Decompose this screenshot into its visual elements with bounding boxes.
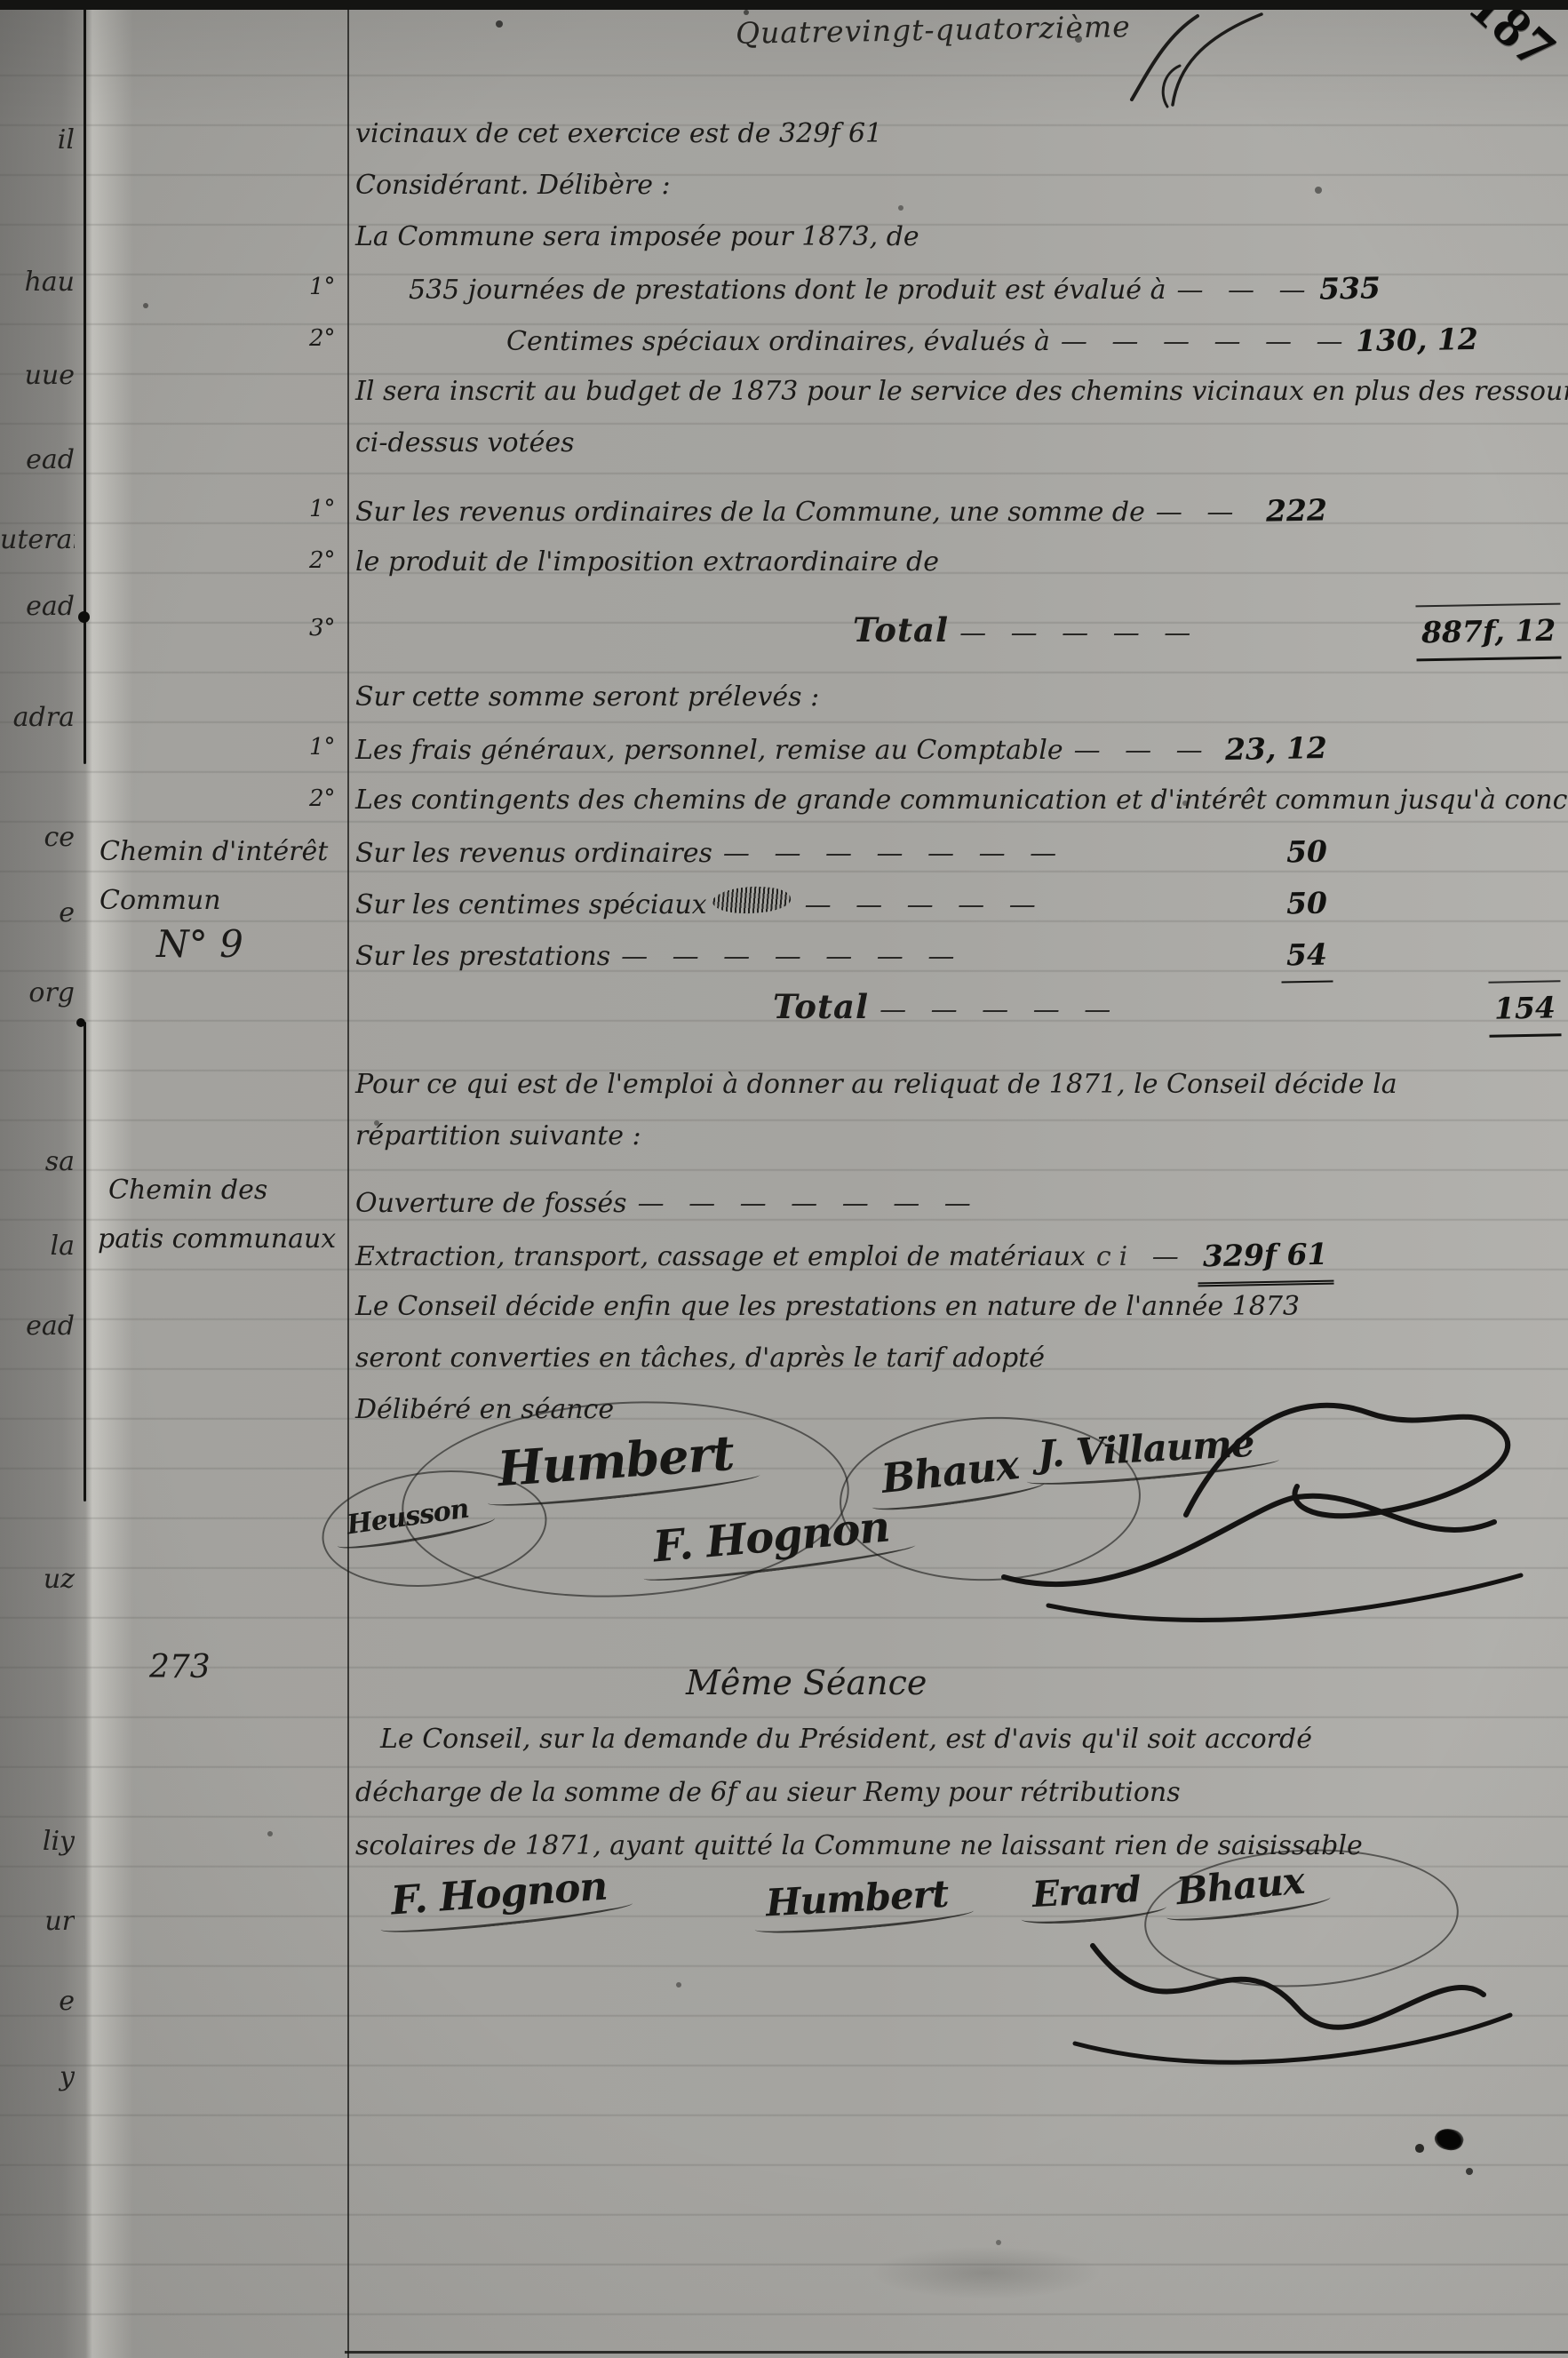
- manuscript-page: 187 Quatrevingt-quatorzième ilhauuueeadu…: [0, 0, 1568, 2358]
- dash-leader: — — — — — —: [1050, 316, 1350, 368]
- line-text: 535 journées de prestations dont le prod…: [409, 265, 1166, 316]
- manuscript-line: Il sera inscrit au budget de 1873 pour l…: [355, 366, 1561, 418]
- manuscript-line: Ouverture de fossés— — — — — — —: [355, 1178, 1333, 1230]
- page-edge-text-fragment: adra: [0, 702, 75, 733]
- manuscript-line: 1°Les frais généraux, personnel, remise …: [355, 723, 1333, 775]
- amount-value: 50: [1281, 877, 1333, 929]
- line-text: Pour ce qui est de l'emploi à donner au …: [355, 1059, 1397, 1111]
- page-edge-text-fragment: sa: [0, 1146, 75, 1177]
- total-line: 3°Total— — — — —887f, 12: [355, 604, 1561, 656]
- item-number: 2°: [309, 313, 336, 364]
- ink-blot: [1432, 2125, 1466, 2155]
- page-edge-text-fragment: ead: [0, 591, 75, 622]
- dash-leader: ci — —: [1086, 1231, 1198, 1283]
- total-label: Total: [773, 981, 869, 1032]
- page-edge-text-fragment: hau: [0, 267, 75, 298]
- margin-rule: [347, 0, 349, 2358]
- line-text: Ouverture de fossés: [355, 1178, 627, 1230]
- manuscript-line: Considérant. Délibère :: [355, 160, 1561, 211]
- page-edge-text-fragment: e: [0, 1986, 75, 2017]
- manuscript-line: 2°Centimes spéciaux ordinaires, évalués …: [355, 315, 1484, 366]
- signature-flourish: [995, 1470, 1537, 1648]
- scan-top-edge: [0, 0, 1568, 10]
- stitch-knot: [78, 611, 90, 623]
- line-text: Sur les revenus ordinaires: [355, 828, 712, 880]
- binding-stitch: [84, 1022, 86, 1502]
- page-edge-text-fragment: e: [0, 897, 75, 928]
- page-number: 187: [1457, 0, 1568, 83]
- dash-leader: — — — — —: [949, 608, 1416, 659]
- signature: Humbert: [765, 1872, 950, 1925]
- line-text: répartition suivante :: [355, 1111, 641, 1162]
- manuscript-line: Sur les revenus ordinaires— — — — — — —5…: [355, 826, 1333, 878]
- signature-flourish: [1066, 1910, 1528, 2079]
- amount-value: 54: [1281, 928, 1333, 983]
- manuscript-line: 1°Sur les revenus ordinaires de la Commu…: [355, 485, 1333, 537]
- page-edge-text-fragment: ur: [0, 1906, 75, 1937]
- dash-leader: — — — — —: [794, 880, 1281, 931]
- margin-note-chemin-patis: patis communaux: [98, 1223, 336, 1255]
- line-gap: [355, 1162, 1561, 1178]
- line-text: Sur cette somme seront prélevés :: [355, 672, 819, 723]
- amount-value: 23, 12: [1220, 722, 1333, 776]
- dash-leader: — — — —: [1063, 725, 1221, 777]
- signature: Erard: [1031, 1868, 1142, 1916]
- item-number: 2°: [309, 535, 336, 586]
- manuscript-line: 2°le produit de l'imposition extraordina…: [355, 537, 1333, 588]
- line-text: vicinaux de cet exercice est de 329f 61: [355, 108, 882, 160]
- margin-note-chemin-patis: Chemin des: [108, 1175, 267, 1206]
- line-text: Considérant. Délibère :: [355, 160, 671, 211]
- page-edge-text-fragment: ead: [0, 1310, 75, 1342]
- line-text: Les frais généraux, personnel, remise au…: [355, 725, 1063, 777]
- item-number: 1°: [309, 721, 336, 773]
- paper-stain: [871, 2246, 1102, 2299]
- body-lines: vicinaux de cet exercice est de 329f 61C…: [355, 108, 1561, 1436]
- line-text: La Commune sera imposée pour 1873, de: [355, 211, 919, 263]
- page-edge-text-fragment: uz: [0, 1564, 75, 1595]
- line-text: Il sera inscrit au budget de 1873 pour l…: [355, 366, 1568, 418]
- item-number: 3°: [309, 602, 336, 654]
- margin-note-chemin-interet: Commun: [99, 885, 221, 916]
- page-edge-text-fragment: y: [0, 2061, 75, 2092]
- line-text: Le Conseil décide enfin que les prestati…: [355, 1281, 1300, 1333]
- page-edge-text-fragment: ead: [0, 444, 75, 475]
- margin-note-chemin-number: N° 9: [156, 922, 243, 966]
- manuscript-line: Le Conseil décide enfin que les prestati…: [355, 1281, 1561, 1333]
- line-text: Extraction, transport, cassage et emploi…: [355, 1231, 1086, 1283]
- manuscript-line: décharge de la somme de 6f au sieur Remy…: [355, 1766, 1555, 1820]
- page-title: Quatrevingt-quatorzième: [736, 9, 1131, 51]
- page-edge-text-fragment: liy: [0, 1826, 75, 1857]
- item-number: 2°: [309, 773, 336, 825]
- manuscript-line: Extraction, transport, cassage et emploi…: [355, 1230, 1333, 1281]
- section2-paragraph: Le Conseil, sur la demande du Président,…: [355, 1713, 1555, 1873]
- line-text: Sur les prestations: [355, 931, 610, 983]
- page-edge-text-fragment: ce: [0, 822, 75, 853]
- manuscript-line: 2°Les contingents des chemins de grande …: [355, 775, 1333, 826]
- margin-item-number: 273: [149, 1649, 211, 1685]
- item-number: 1°: [309, 483, 336, 535]
- manuscript-line: Le Conseil, sur la demande du Président,…: [355, 1713, 1555, 1766]
- manuscript-line: Sur les prestations— — — — — — —54: [355, 929, 1333, 981]
- amount-value: 222: [1261, 484, 1333, 537]
- manuscript-line: Sur les centimes spéciaux— — — — —50: [355, 878, 1333, 929]
- page-bottom-rule: [345, 2351, 1568, 2354]
- manuscript-line: 1°535 journées de prestations dont le pr…: [355, 263, 1386, 315]
- manuscript-line: ci-dessus votées: [355, 418, 1561, 469]
- page-edge-text-fragment: uterai: [0, 524, 75, 555]
- item-number: 1°: [309, 261, 336, 313]
- line-text: Sur les revenus ordinaires de la Commune…: [355, 487, 1145, 538]
- manuscript-line: seront converties en tâches, d'après le …: [355, 1333, 1561, 1384]
- page-edge-text-fragment: org: [0, 977, 75, 1008]
- dash-leader: — — — — —: [869, 984, 1489, 1036]
- dash-leader: — — — —: [1166, 265, 1314, 316]
- manuscript-line: répartition suivante :: [355, 1111, 1561, 1162]
- dash-leader: — — — — — — —: [627, 1178, 990, 1230]
- ink-scribble: [711, 883, 791, 917]
- pen-flourish: [1121, 11, 1281, 108]
- page-edge-text-fragment: la: [0, 1231, 75, 1262]
- line-text: seront converties en tâches, d'après le …: [355, 1333, 1045, 1384]
- line-gap: [355, 588, 1561, 604]
- page-edge-text-fragment: uue: [0, 360, 75, 391]
- stitch-knot: [76, 1018, 85, 1027]
- total-label: Total: [853, 604, 949, 656]
- amount-value: 130, 12: [1350, 314, 1484, 368]
- amount-value: 50: [1281, 825, 1333, 878]
- amount-value: 887f, 12: [1415, 603, 1561, 662]
- line-text: le produit de l'imposition extraordinair…: [355, 537, 939, 588]
- line-gap: [355, 1032, 1561, 1059]
- line-text: Centimes spéciaux ordinaires, évalués à: [506, 316, 1050, 368]
- dash-leader: — — — — — — —: [610, 931, 1281, 983]
- manuscript-line: Sur cette somme seront prélevés :: [355, 672, 1561, 723]
- amount-value: 535: [1314, 262, 1387, 315]
- line-text: Les contingents des chemins de grande co…: [355, 775, 1568, 826]
- amount-value: 154: [1489, 980, 1562, 1037]
- dash-leader: — —: [1145, 487, 1261, 538]
- manuscript-line: Pour ce qui est de l'emploi à donner au …: [355, 1059, 1561, 1111]
- manuscript-line: vicinaux de cet exercice est de 329f 61: [355, 108, 1561, 160]
- line-text: ci-dessus votées: [355, 418, 575, 469]
- manuscript-line: La Commune sera imposée pour 1873, de: [355, 211, 1561, 263]
- section-heading: Même Séance: [686, 1663, 927, 1702]
- line-gap: [355, 469, 1561, 485]
- page-edge-text-fragment: il: [0, 124, 75, 155]
- dash-leader: — — — — — — —: [712, 828, 1281, 880]
- line-text: Sur les centimes spéciaux: [355, 880, 707, 931]
- binding-stitch: [84, 0, 86, 764]
- amount-value: 329f 61: [1197, 1229, 1333, 1287]
- margin-note-chemin-interet: Chemin d'intérêt: [99, 836, 328, 867]
- total-line: Total— — — — —154: [355, 981, 1561, 1032]
